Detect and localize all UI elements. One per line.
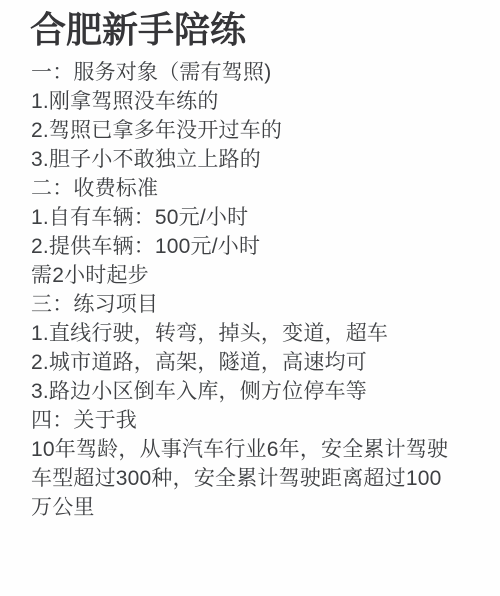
post-line: 2.提供车辆：100元/小时 [31,232,480,261]
post-line: 车型超过300种，安全累计驾驶距离超过100 [31,464,480,493]
post-line: 1.刚拿驾照没车练的 [31,87,480,116]
post-line: 1.自有车辆：50元/小时 [31,203,480,232]
post-title: 合肥新手陪练 [0,0,500,53]
post-line: 10年驾龄，从事汽车行业6年，安全累计驾驶 [31,435,480,464]
post-line: 2.城市道路，高架，隧道，高速均可 [31,348,480,377]
post-line: 3.胆子小不敢独立上路的 [31,145,480,174]
post-line: 1.直线行驶，转弯，掉头，变道，超车 [31,319,480,348]
post-line: 三：练习项目 [31,290,480,319]
post-line: 一：服务对象（需有驾照) [31,58,480,87]
post-body: 一：服务对象（需有驾照)1.刚拿驾照没车练的2.驾照已拿多年没开过车的3.胆子小… [0,58,500,522]
post-line: 二：收费标准 [31,174,480,203]
post-line: 四：关于我 [31,406,480,435]
post-image: 合肥新手陪练 一：服务对象（需有驾照)1.刚拿驾照没车练的2.驾照已拿多年没开过… [0,0,500,596]
post-line: 需2小时起步 [31,261,480,290]
post-line: 万公里 [31,493,480,522]
post-line: 2.驾照已拿多年没开过车的 [31,116,480,145]
post-line: 3.路边小区倒车入库，侧方位停车等 [31,377,480,406]
